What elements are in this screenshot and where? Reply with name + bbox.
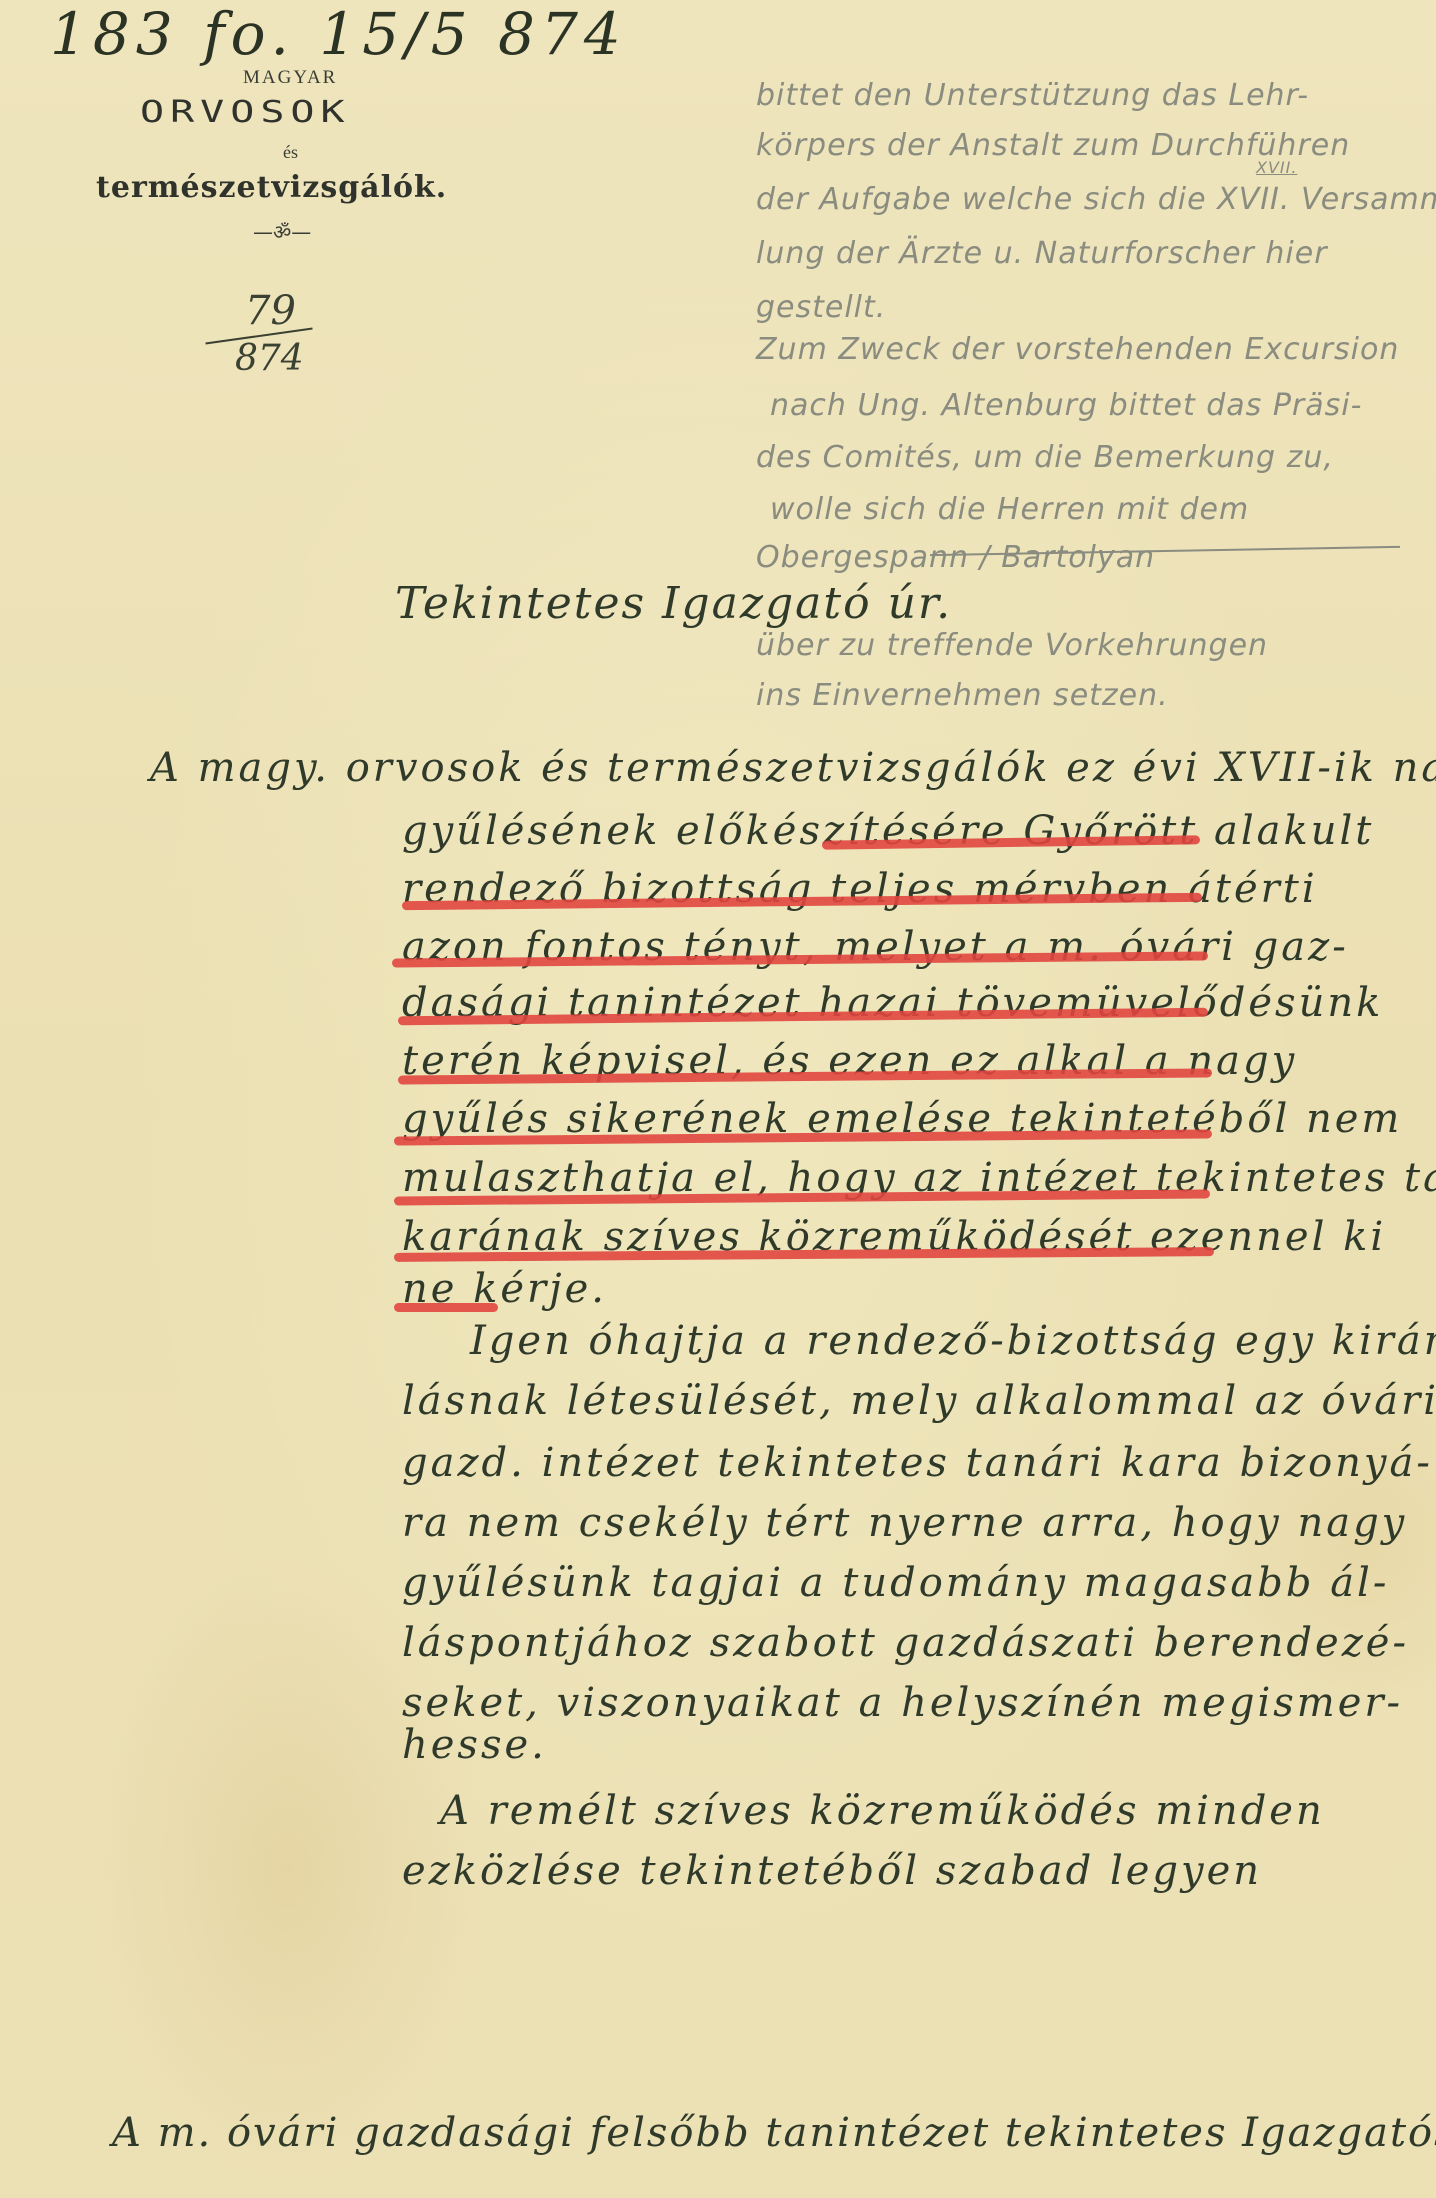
letterhead-ornament-icon: —ॐ— xyxy=(253,218,311,245)
registry-denominator: 874 xyxy=(235,338,304,379)
letterhead-magyar: MAGYAR xyxy=(243,67,337,89)
body-line: seket, viszonyaikat a helyszínén megisme… xyxy=(402,1680,1403,1726)
body-line: gazd. intézet tekintetes tanári kara biz… xyxy=(402,1440,1433,1486)
pencil-line: ins Einvernehmen setzen. xyxy=(756,678,1169,713)
pencil-line: des Comités, um die Bemerkung zu, xyxy=(756,440,1334,475)
body-line: ra nem csekély tért nyerne arra, hogy na… xyxy=(402,1500,1407,1546)
pencil-line: nach Ung. Altenburg bittet das Präsi- xyxy=(770,388,1362,423)
body-line: A remélt szíves közreműködés minden xyxy=(440,1788,1325,1834)
body-line: Igen óhajtja a rendező-bizottság egy kir… xyxy=(470,1318,1436,1364)
pencil-line: gestellt. xyxy=(756,290,886,325)
registry-numerator: 79 xyxy=(245,288,296,334)
pencil-line: wolle sich die Herren mit dem xyxy=(770,492,1249,527)
body-line: láspontjához szabott gazdászati berendez… xyxy=(402,1620,1409,1666)
reference-number: 183 fo. 15/5 874 xyxy=(50,0,627,68)
red-underline xyxy=(394,1303,498,1312)
letterhead-termeszetvizsgalok: természetvizsgálók. xyxy=(96,170,447,205)
pencil-line: Obergespann / Bartolyan xyxy=(756,540,1155,575)
body-line: lásnak létesülését, mely alkalommal az ó… xyxy=(402,1378,1436,1424)
body-line: gyűlésünk tagjai a tudomány magasabb ál- xyxy=(402,1560,1389,1606)
pencil-line: über zu treffende Vorkehrungen xyxy=(756,628,1268,663)
salutation: Tekintetes Igazgató úr. xyxy=(395,578,952,629)
pencil-line: der Aufgabe welche sich die XVII. Versam… xyxy=(756,182,1436,217)
pencil-line: bittet den Unterstützung das Lehr- xyxy=(756,78,1309,113)
body-line: ezközlése tekintetéből szabad legyen xyxy=(402,1848,1262,1894)
pencil-xvii-mark: XVII. xyxy=(1256,158,1297,177)
addressee-footer: A m. óvári gazdasági felsőbb tanintézet … xyxy=(112,2110,1436,2156)
letterhead-es: és xyxy=(283,142,298,163)
body-line: A magy. orvosok és természetvizsgálók ez… xyxy=(150,745,1436,791)
letterhead-orvosok: ORVOSOK xyxy=(140,95,351,130)
body-line: hesse. xyxy=(402,1722,547,1768)
pencil-line: lung der Ärzte u. Naturforscher hier xyxy=(756,236,1328,271)
pencil-line: Zum Zweck der vorstehenden Excursion xyxy=(756,332,1399,367)
